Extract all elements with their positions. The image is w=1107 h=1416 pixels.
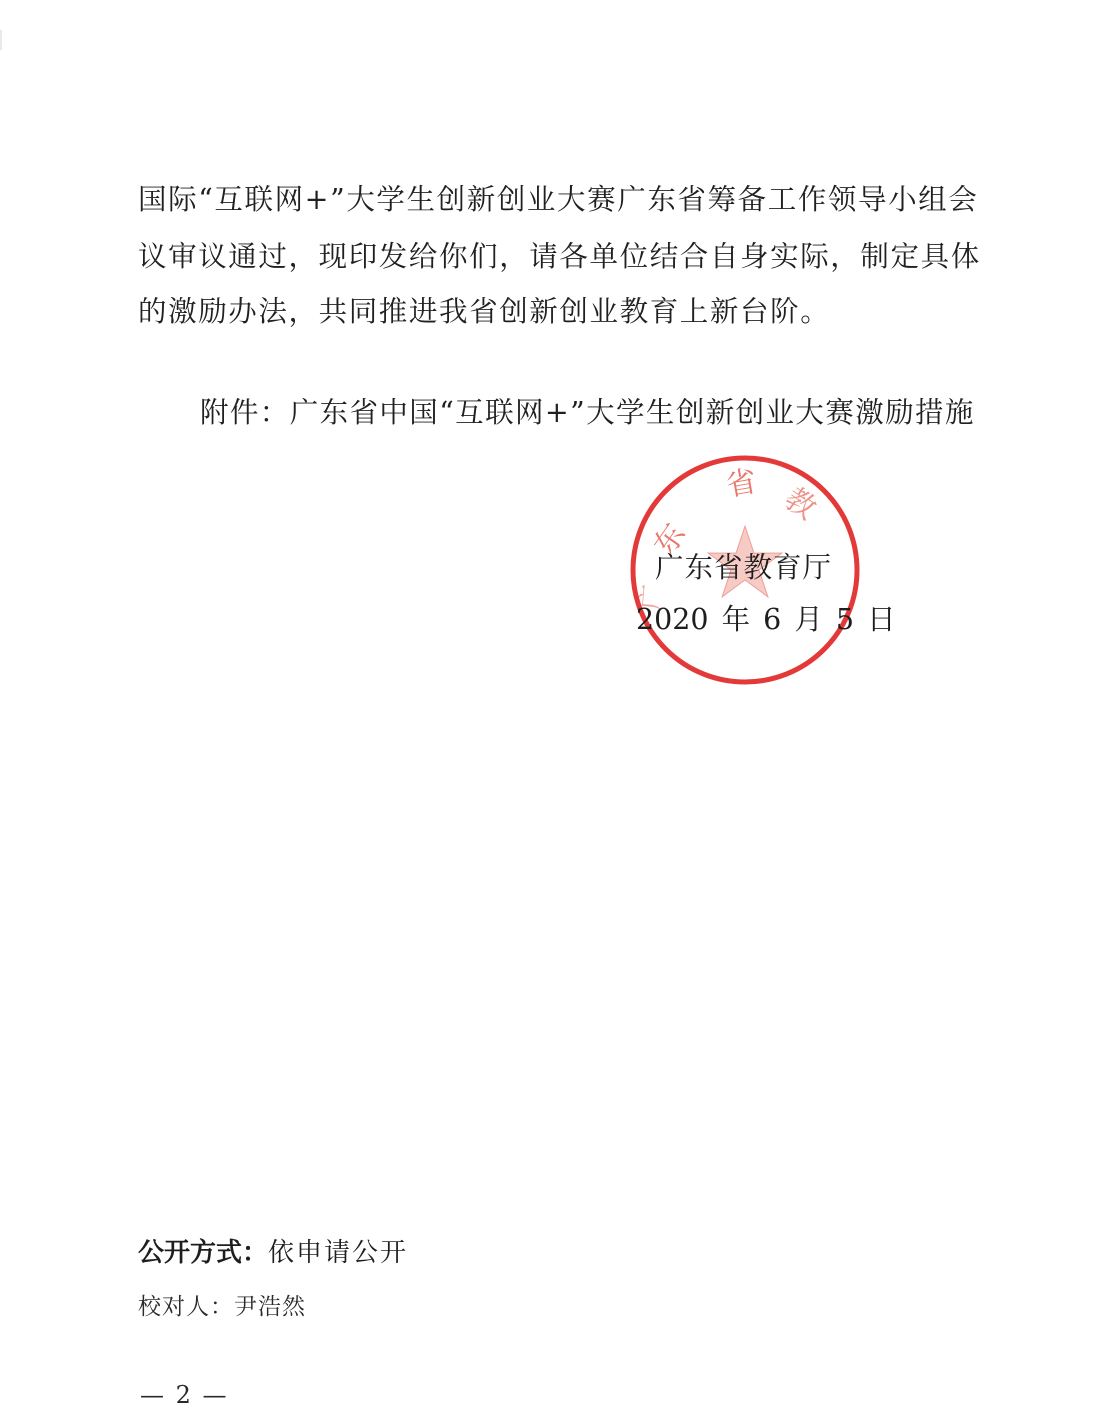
attachment-line: 附件：广东省中国“互联网+”大学生创新创业大赛激励措施 — [200, 393, 975, 433]
proofreader-name: 尹浩然 — [234, 1294, 306, 1320]
disclosure-method: 公开方式：依申请公开 — [138, 1235, 408, 1271]
proofreader-label: 校对人： — [138, 1294, 234, 1320]
body-text-line-2: 议审议通过，现印发给你们，请各单位结合自身实际，制定具体 — [138, 237, 981, 277]
page-edge-mark — [0, 30, 2, 50]
svg-text:省: 省 — [724, 464, 760, 504]
disclosure-label: 公开方式： — [138, 1238, 268, 1268]
body-text-line-1: 国际“互联网+”大学生创新创业大赛广东省筹备工作领导小组会 — [138, 180, 978, 220]
issue-date: 2020 年 6 月 5 日 — [636, 600, 896, 640]
body-text-line-3: 的激励办法，共同推进我省创新创业教育上新台阶。 — [138, 292, 830, 332]
issuer-name: 广东省教育厅 — [655, 548, 832, 588]
disclosure-value: 依申请公开 — [268, 1238, 408, 1268]
svg-text:教: 教 — [778, 481, 823, 527]
proofreader: 校对人：尹浩然 — [138, 1290, 306, 1324]
document-page: 国际“互联网+”大学生创新创业大赛广东省筹备工作领导小组会 议审议通过，现印发给… — [0, 0, 1107, 1416]
page-number: — 2 — — [140, 1380, 229, 1410]
